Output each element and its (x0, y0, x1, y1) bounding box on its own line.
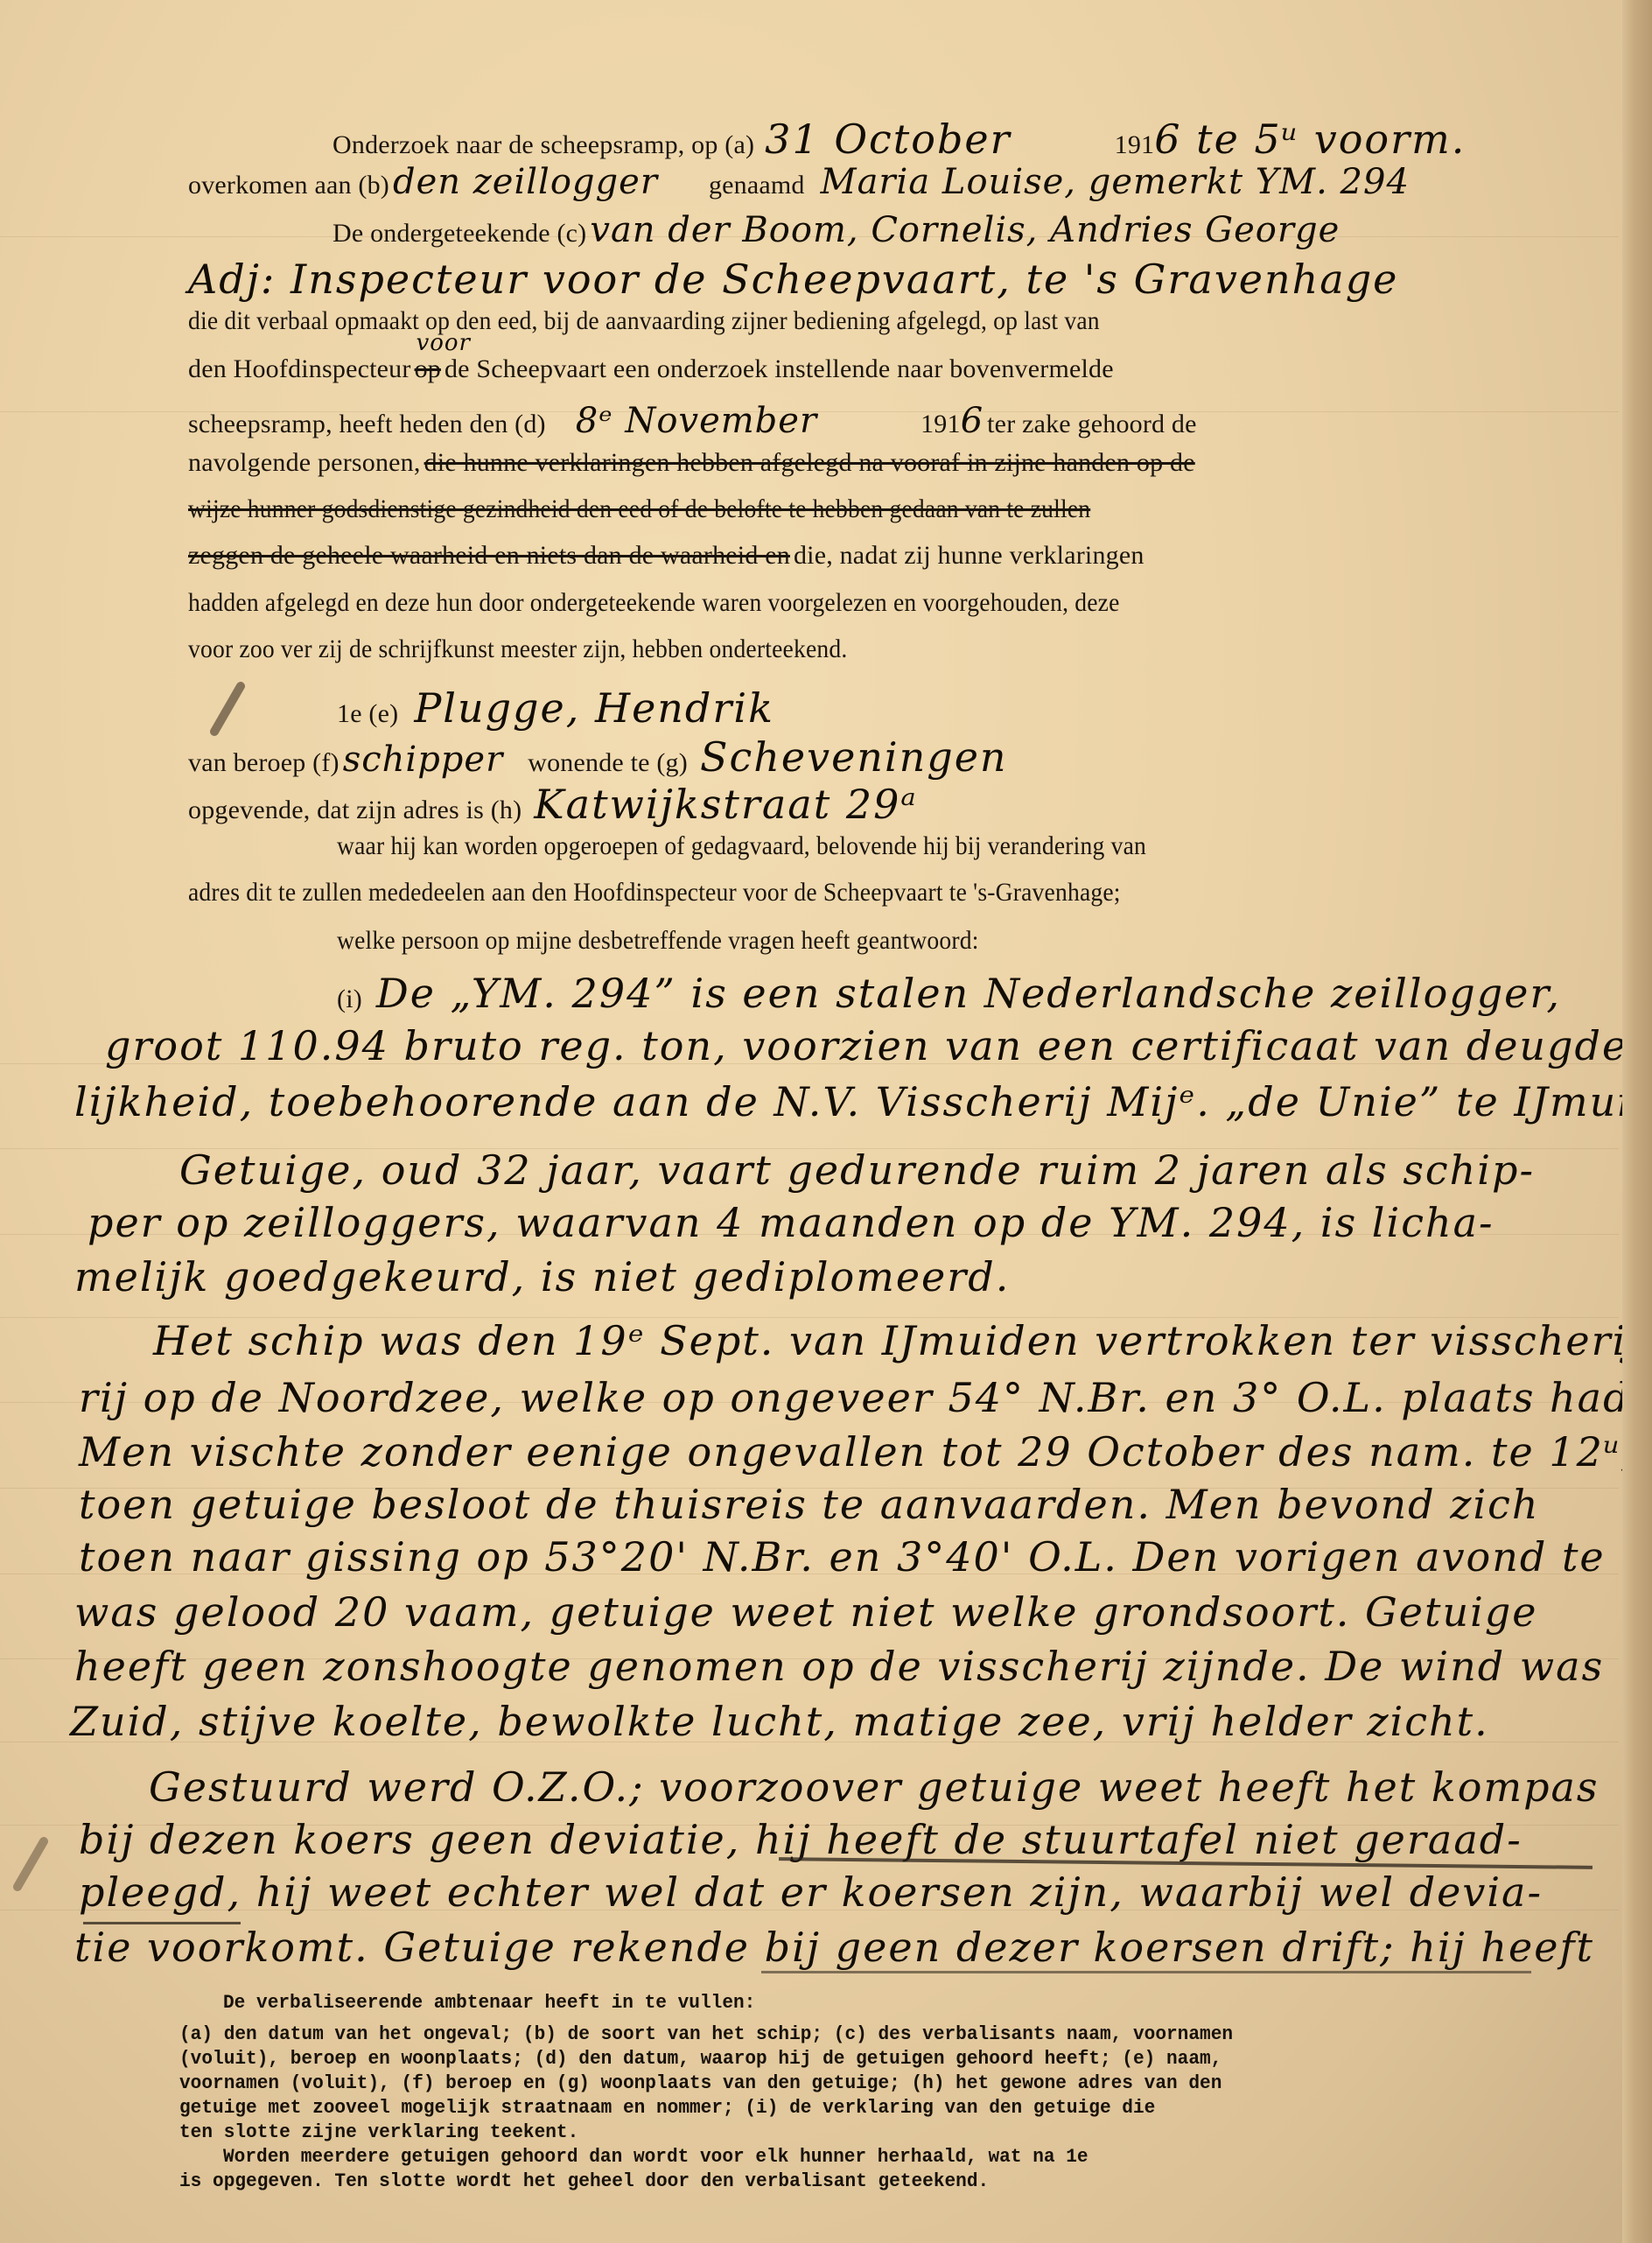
instructions-closing: Worden meerdere getuigen gehoord dan wor… (223, 2146, 1088, 2168)
incident-date-hand: 31 October (765, 116, 1011, 163)
body-line-8: navolgende personen, die hunne verklarin… (188, 448, 1195, 478)
body-line-10: zeggen de geheele waarheid en niets dan … (188, 541, 1144, 571)
summons-line-2: adres dit te zullen mededeelen aan den H… (188, 878, 1121, 908)
correction-insert-hand: voor (416, 330, 471, 356)
margin-pencil-mark (208, 680, 247, 738)
body-line-6b: de Scheepvaart een onderzoek instellende… (444, 354, 1114, 383)
statement-line: toen naar gissing op 53°20' N.Br. en 3°4… (79, 1533, 1652, 1581)
instructions-heading: De verbaliseerende ambtenaar heeft in te… (223, 1992, 755, 2014)
statement-line: bij dezen koers geen deviatie, hij heeft… (79, 1816, 1522, 1863)
struck-text: die hunne verklaringen hebben afgelegd n… (424, 448, 1195, 477)
header-line-date: Onderzoek naar de scheepsramp, op (a) 31… (332, 116, 1466, 163)
hearing-date-hand: 8ᵉ November (576, 401, 817, 441)
scanned-document-page: Onderzoek naar de scheepsramp, op (a) 31… (0, 0, 1652, 2243)
instructions-line: voornamen (voluit), (f) beroep en (g) wo… (179, 2072, 1221, 2094)
body-line-7: scheepsramp, heeft heden den (d) 8ᵉ Nove… (188, 401, 1197, 441)
witness-name-line: 1e (e) Plugge, Hendrik (337, 684, 774, 732)
struck-text: zeggen de geheele waarheid en niets dan … (188, 541, 790, 570)
ship-type-hand: den zeillogger (393, 162, 658, 202)
header-line-inspector: De ondergeteekende (c) van der Boom, Cor… (332, 210, 1340, 250)
margin-pencil-mark (11, 1835, 50, 1893)
statement-line: Getuige, oud 32 jaar, vaart gedurende ru… (179, 1146, 1535, 1194)
inspector-function-hand: Adj: Inspecteur voor de Scheepvaart, te … (188, 256, 1398, 303)
statement-line: (i) De „YM. 294” is een stalen Nederland… (337, 970, 1561, 1017)
inspector-prefix: De ondergeteekende (c) (332, 219, 586, 248)
body-line-12: voor zoo ver zij de schrijfkunst meester… (188, 634, 847, 664)
instructions-line: (voluit), beroep en woonplaats; (d) den … (179, 2048, 1221, 2070)
statement-line: groot 110.94 bruto reg. ton, voorzien va… (105, 1022, 1643, 1069)
residence-label: wonende te (g) (528, 748, 688, 777)
hearing-year-hand: 6 (961, 401, 983, 441)
witness-name-hand: Plugge, Hendrik (414, 684, 774, 732)
statement-line: Gestuurd werd O.Z.O.; voorzoover getuige… (149, 1763, 1599, 1811)
body-line-7a: scheepsramp, heeft heden den (d) (188, 410, 546, 438)
instructions-line: ten slotte zijne verklaring teekent. (179, 2121, 578, 2143)
answer-intro: welke persoon op mijne desbetreffende vr… (337, 926, 979, 956)
header-line-ship: overkomen aan (b) den zeillogger genaamd… (188, 162, 1410, 202)
body-line-7b: ter zake gehoord de (987, 410, 1197, 438)
witness-address-line: opgevende, dat zijn adres is (h) Katwijk… (188, 781, 918, 828)
instructions-closing: is opgegeven. Ten slotte wordt het gehee… (179, 2170, 989, 2192)
body-line-6a: den Hoofdinspecteur (188, 354, 411, 383)
pencil-underline (83, 1922, 241, 1924)
body-line-5: die dit verbaal opmaakt op den eed, bij … (188, 306, 1100, 336)
witness-occupation-line: van beroep (f) schipper wonende te (g) S… (188, 733, 1008, 781)
statement-text: pleegd, hij weet echter wel dat er koers… (79, 1868, 1543, 1916)
header-prefix: Onderzoek naar de scheepsramp, op (a) (332, 130, 754, 159)
body-line-11: hadden afgelegd en deze hun door onderge… (188, 588, 1120, 618)
statement-text: De „YM. 294” is een stalen Nederlandsche… (376, 970, 1561, 1017)
statement-line: Het schip was den 19ᵉ Sept. van IJmuiden… (153, 1317, 1652, 1364)
statement-line: per op zeilloggers, waarvan 4 maanden op… (87, 1199, 1494, 1246)
instructions-line: getuige met zooveel mogelijk straatnaam … (179, 2097, 1155, 2119)
statement-text: bij dezen koers geen deviatie, hij heeft… (79, 1816, 1522, 1863)
statement-line: was gelood 20 vaam, getuige weet niet we… (74, 1588, 1538, 1636)
struck-word: op (415, 354, 441, 383)
struck-text: wijze hunner godsdienstige gezindheid de… (188, 494, 1090, 524)
body-line-6: den Hoofdinspecteur voor op de Scheepvaa… (188, 354, 1114, 384)
statement-line: heeft geen zonshoogte genomen op de viss… (74, 1643, 1604, 1690)
occupation-label: van beroep (f) (188, 748, 339, 777)
statement-line: lijkheid, toebehoorende aan de N.V. Viss… (74, 1078, 1652, 1125)
occupation-hand: schipper (343, 739, 504, 780)
address-label: opgevende, dat zijn adres is (h) (188, 796, 521, 824)
statement-line: toen getuige besloot de thuisreis te aan… (79, 1481, 1540, 1528)
body-line-8a: navolgende personen, (188, 448, 421, 477)
incident-time-hand: 6 te 5ᵘ voorm. (1154, 116, 1466, 163)
statement-line: rij op de Noordzee, welke op ongeveer 54… (79, 1374, 1645, 1421)
statement-line: tie voorkomt. Getuige rekende bij geen d… (74, 1924, 1594, 1971)
ship-named-label: genaamd (709, 171, 805, 200)
inspector-name-hand: van der Boom, Cornelis, Andries George (590, 210, 1340, 250)
statement-line: pleegd, hij weet echter wel dat er koers… (79, 1868, 1543, 1916)
statement-line: Zuid, stijve koelte, bewolkte lucht, mat… (70, 1698, 1489, 1745)
instructions-line: (a) den datum van het ongeval; (b) de so… (179, 2023, 1233, 2045)
ship-prefix: overkomen aan (b) (188, 171, 389, 200)
statement-line: Men vischte zonder eenige ongevallen tot… (79, 1428, 1637, 1475)
pencil-underline (761, 1971, 1531, 1973)
witness-number-label: 1e (e) (337, 699, 398, 728)
answer-label: (i) (337, 985, 362, 1013)
inspector-function: Adj: Inspecteur voor de Scheepvaart, te … (188, 256, 1398, 303)
ship-name-hand: Maria Louise, gemerkt YM. 294 (821, 162, 1410, 202)
hearing-year-print: 191 (920, 410, 961, 438)
incident-year-print: 191 (1115, 130, 1155, 159)
address-hand: Katwijkstraat 29ᵃ (534, 781, 917, 828)
statement-line: melijk goedgekeurd, is niet gediplomeerd… (74, 1253, 1010, 1300)
summons-line-1: waar hij kan worden opgeroepen of gedagv… (337, 831, 1146, 861)
body-line-10b: die, nadat zij hunne verklaringen (794, 541, 1144, 570)
residence-hand: Scheveningen (700, 733, 1008, 781)
